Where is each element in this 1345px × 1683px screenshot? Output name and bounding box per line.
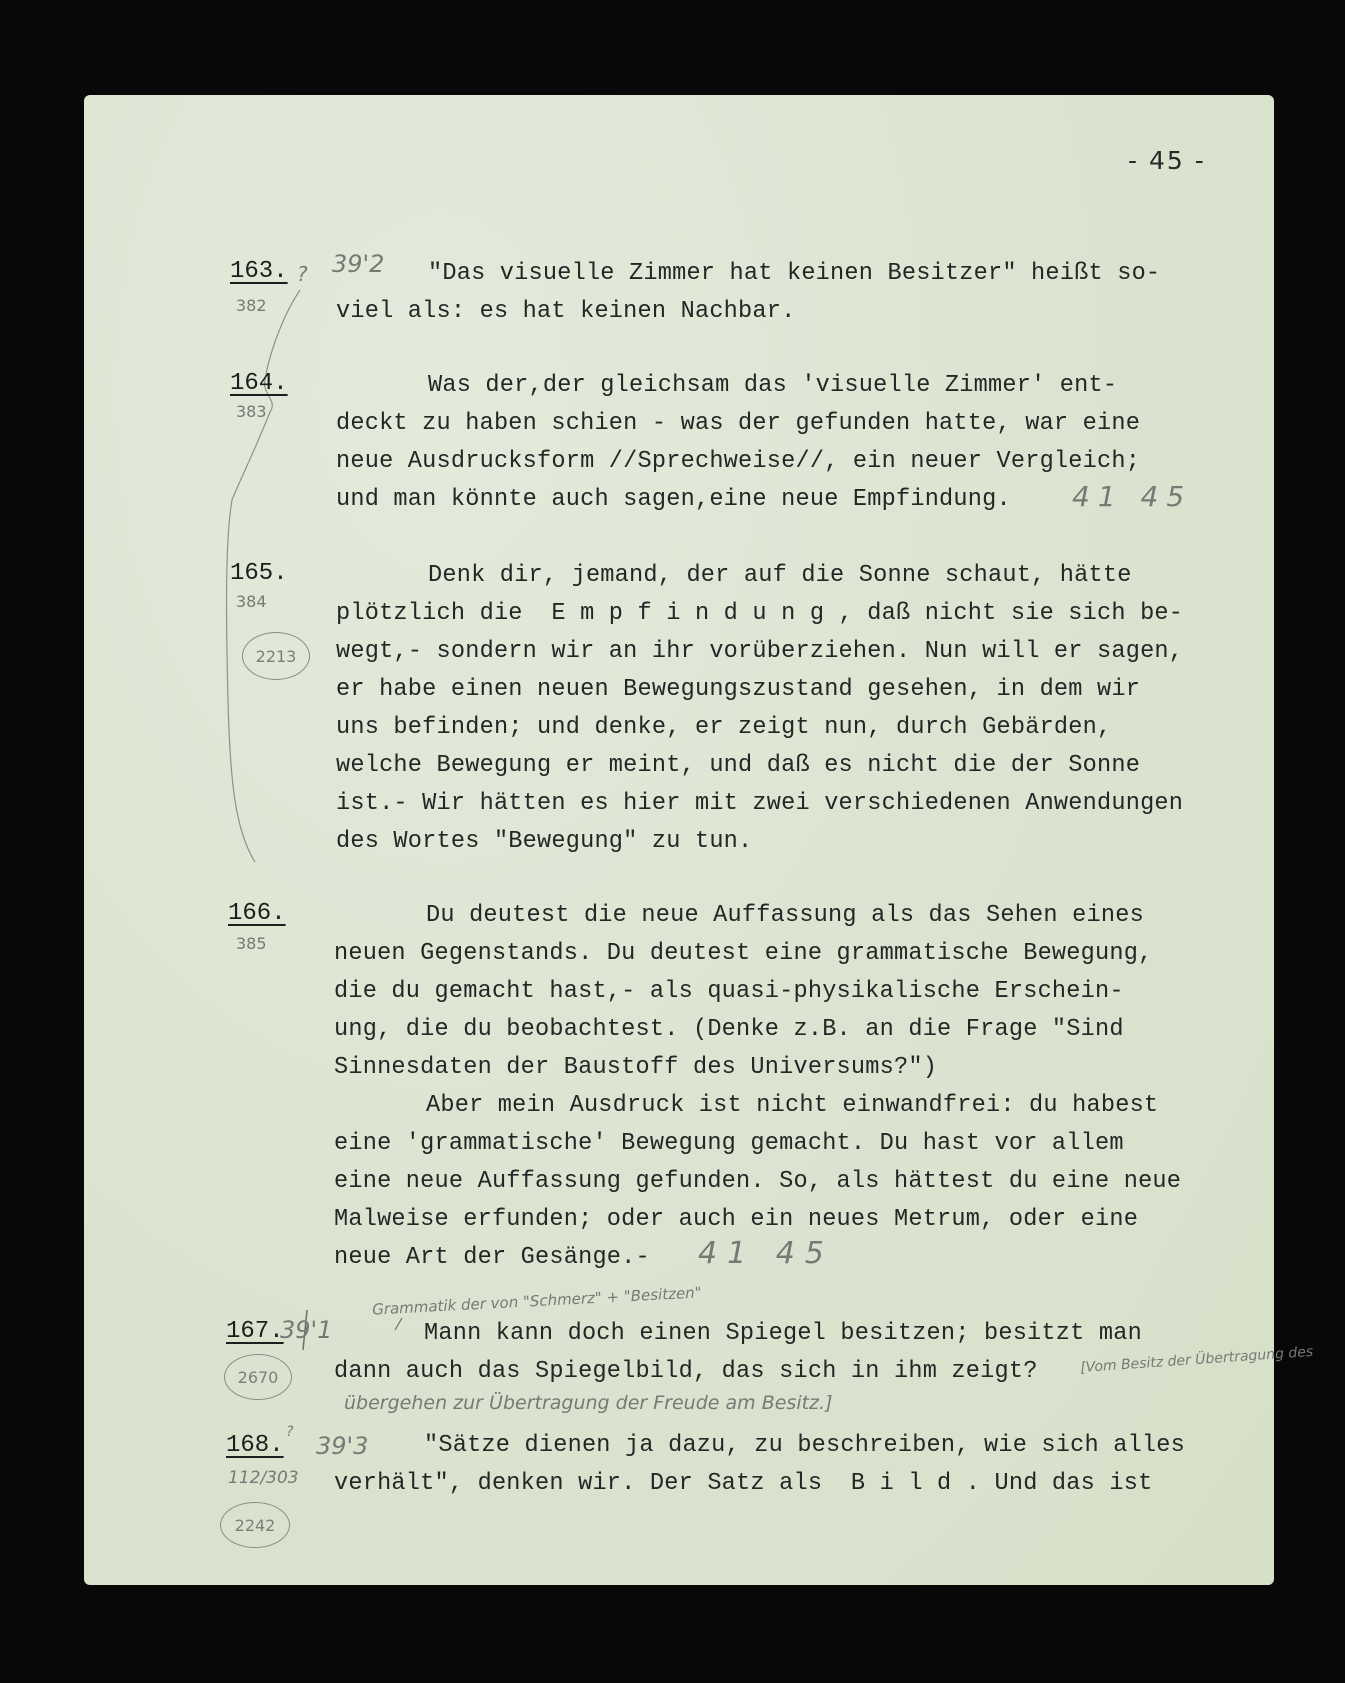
question-mark-annotation: ? — [286, 1424, 293, 1440]
pencil-annotation: 41 45 — [698, 1236, 834, 1271]
text-line: plötzlich die E m p f i n d u n g , daß … — [336, 600, 1183, 627]
text-line: Denk dir, jemand, der auf die Sonne scha… — [428, 562, 1132, 589]
text-line: die du gemacht hast,- als quasi-physikal… — [334, 978, 1124, 1005]
text-line: Aber mein Ausdruck ist nicht einwandfrei… — [426, 1092, 1158, 1119]
text-line: Du deutest die neue Auffassung als das S… — [426, 902, 1144, 929]
text-line: viel als: es hat keinen Nachbar. — [336, 298, 795, 325]
text-line: welche Bewegung er meint, und daß es nic… — [336, 752, 1140, 779]
margin-ref: 384 — [236, 592, 267, 611]
pencil-ref: 39'3 — [316, 1432, 368, 1460]
circled-ref: 2213 — [242, 632, 310, 680]
text-line: Mann kann doch einen Spiegel besitzen; b… — [424, 1320, 1142, 1347]
margin-ref: 382 — [236, 296, 267, 315]
circled-ref: 2670 — [224, 1354, 292, 1400]
text-line: verhält", denken wir. Der Satz als B i l… — [334, 1470, 1152, 1497]
text-line: "Sätze dienen ja dazu, zu beschreiben, w… — [424, 1432, 1185, 1459]
text-line: des Wortes "Bewegung" zu tun. — [336, 828, 752, 855]
text-line: er habe einen neuen Bewegungszustand ges… — [336, 676, 1140, 703]
section-number-168: 168. — [226, 1432, 284, 1459]
margin-ref: 383 — [236, 402, 267, 421]
text-line: neue Art der Gesänge.- — [334, 1244, 650, 1271]
section-number-164: 164. — [230, 370, 288, 397]
text-line: ist.- Wir hätten es hier mit zwei versch… — [336, 790, 1183, 817]
margin-ref: 112/303 — [228, 1468, 299, 1488]
text-line: Sinnesdaten der Baustoff des Universums?… — [334, 1054, 937, 1081]
pencil-note-below: übergehen zur Übertragung der Freude am … — [344, 1392, 832, 1414]
question-mark-annotation: ? — [297, 262, 308, 286]
text-line: Was der,der gleichsam das 'visuelle Zimm… — [428, 372, 1117, 399]
section-number-167: 167. — [226, 1318, 284, 1345]
text-line: ung, die du beobachtest. (Denke z.B. an … — [334, 1016, 1124, 1043]
text-line: neuen Gegenstands. Du deutest eine gramm… — [334, 940, 1152, 967]
section-number-165: 165. — [230, 560, 288, 587]
text-line: Malweise erfunden; oder auch ein neues M… — [334, 1206, 1138, 1233]
text-line: "Das visuelle Zimmer hat keinen Besitzer… — [428, 260, 1160, 287]
section-number-163: 163. — [230, 258, 288, 285]
text-line: eine neue Auffassung gefunden. So, als h… — [334, 1168, 1181, 1195]
circled-ref: 2242 — [220, 1502, 290, 1548]
pencil-ref: 39'1 — [280, 1316, 332, 1344]
pencil-ref: 39'2 — [332, 250, 384, 278]
text-line: uns befinden; und denke, er zeigt nun, d… — [336, 714, 1111, 741]
page-number: - 45 - — [1128, 146, 1206, 175]
section-number-166: 166. — [228, 900, 286, 927]
pencil-annotation: 41 45 — [1072, 480, 1192, 513]
text-line: eine 'grammatische' Bewegung gemacht. Du… — [334, 1130, 1124, 1157]
text-line: deckt zu haben schien - was der gefunden… — [336, 410, 1140, 437]
margin-ref: 385 — [236, 934, 267, 953]
text-line: und man könnte auch sagen,eine neue Empf… — [336, 486, 1011, 513]
text-line: wegt,- sondern wir an ihr vorüberziehen.… — [336, 638, 1183, 665]
text-line: dann auch das Spiegelbild, das sich in i… — [334, 1358, 1038, 1385]
text-line: neue Ausdrucksform //Sprechweise//, ein … — [336, 448, 1140, 475]
